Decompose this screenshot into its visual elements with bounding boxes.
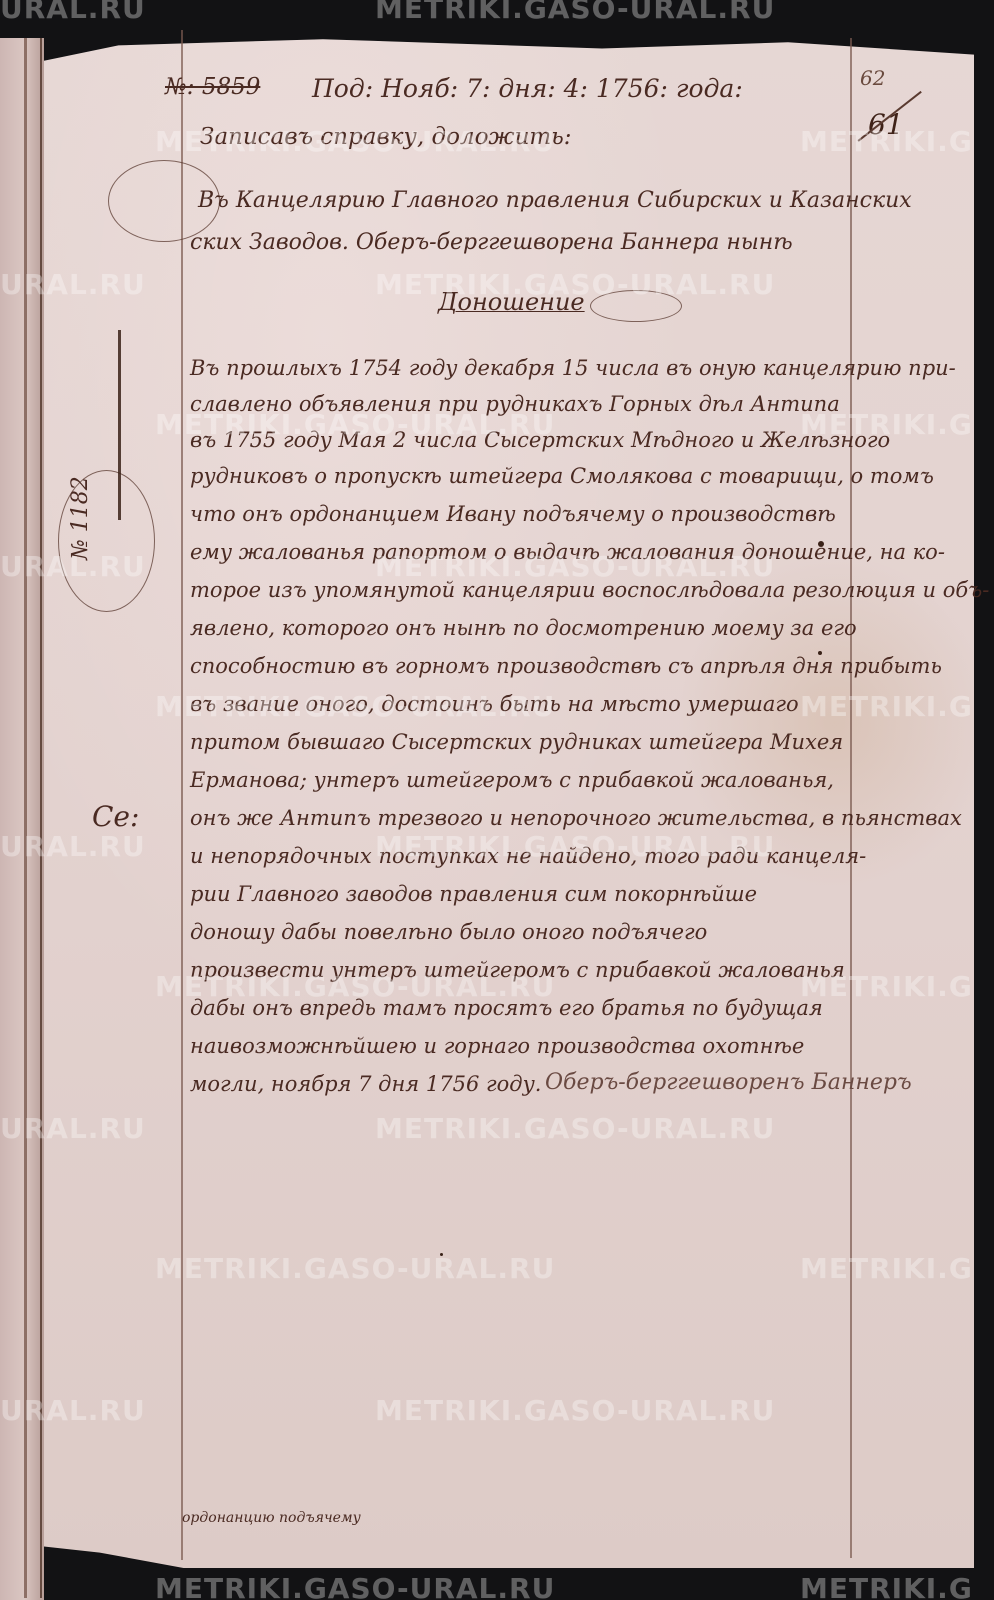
- watermark: METRIKI.GASO-URAL.RU: [155, 1252, 555, 1285]
- marginal-mark: Се:: [92, 800, 139, 833]
- watermark: URAL.RU: [0, 830, 146, 863]
- watermark: METRIKI.GASO-URAL.RU: [155, 125, 555, 158]
- signature: Оберъ-берггешворенъ Баннеръ: [545, 1070, 912, 1095]
- body-line-19: наивозможнѣйшею и горнаго производства о…: [190, 1034, 804, 1058]
- watermark: METRIKI.GASO-URAL.RU: [155, 690, 555, 723]
- body-line-15: рии Главного заводов правления сим покор…: [190, 882, 757, 906]
- watermark: METRIKI.GASO-URAL.RU: [155, 1572, 555, 1600]
- body-line-9: способностию въ горномъ производствѣ съ …: [190, 654, 942, 678]
- watermark: URAL.RU: [0, 268, 146, 301]
- ink-blot: [818, 651, 822, 655]
- address-line-2: ских Заводов. Оберъ-берггешворена Баннер…: [190, 230, 793, 255]
- watermark: METRIKI.G: [800, 970, 973, 1003]
- body-line-8: явлено, которого онъ нынѣ по досмотрению…: [190, 616, 857, 640]
- watermark: METRIKI.GASO-URAL.RU: [375, 1112, 775, 1145]
- body-line-5: что онъ ордонанцием Ивану подъячему о пр…: [190, 502, 836, 526]
- watermark: URAL.RU: [0, 0, 146, 25]
- body-line-20: могли, ноября 7 дня 1756 году.: [190, 1072, 541, 1096]
- left-margin-rule: [181, 30, 183, 1560]
- folio-old-number: 62: [860, 66, 885, 90]
- watermark: METRIKI.GASO-URAL.RU: [155, 408, 555, 441]
- body-line-1: Въ прошлыхъ 1754 году декабря 15 числа в…: [190, 356, 956, 380]
- watermark: METRIKI.G: [800, 1252, 973, 1285]
- watermark: METRIKI.GASO-URAL.RU: [155, 970, 555, 1003]
- footer-note: ордонанцию подъячему: [182, 1510, 361, 1526]
- body-line-11: притом бывшаго Сысертских рудниках штейг…: [190, 730, 843, 754]
- received-date-line: Под: Нояб: 7: дня: 4: 1756: года:: [312, 74, 743, 103]
- body-line-12: Ерманова; унтеръ штейгеромъ с прибавкой …: [190, 768, 834, 792]
- body-line-4: рудниковъ о пропускѣ штейгера Смолякова …: [190, 464, 934, 488]
- watermark: URAL.RU: [0, 1394, 146, 1427]
- watermark: METRIKI.GASO-URAL.RU: [375, 550, 775, 583]
- address-line-1: Въ Канцелярию Главного правления Сибирск…: [198, 188, 912, 213]
- manuscript-page: [44, 30, 974, 1568]
- watermark: METRIKI.G: [800, 125, 973, 158]
- watermark: URAL.RU: [0, 550, 146, 583]
- register-stroke: [118, 330, 121, 520]
- watermark: METRIKI.GASO-URAL.RU: [375, 0, 775, 25]
- ink-blot: [818, 541, 824, 547]
- entry-number-text: №: 5859: [165, 74, 260, 100]
- body-line-16: доношу дабы повелѣно было оного подъячег…: [190, 920, 707, 944]
- watermark: METRIKI.GASO-URAL.RU: [375, 830, 775, 863]
- register-flourish: [58, 470, 155, 612]
- watermark: URAL.RU: [0, 1112, 146, 1145]
- watermark: METRIKI.GASO-URAL.RU: [375, 1394, 775, 1427]
- watermark: METRIKI.G: [800, 1572, 973, 1600]
- watermark: METRIKI.G: [800, 690, 973, 723]
- entry-number: №: 5859: [165, 74, 260, 100]
- watermark: METRIKI.GASO-URAL.RU: [375, 268, 775, 301]
- right-margin-rule: [850, 38, 852, 1558]
- body-line-13: онъ же Антипъ трезвого и непорочного жит…: [190, 806, 962, 830]
- watermark: METRIKI.G: [800, 408, 973, 441]
